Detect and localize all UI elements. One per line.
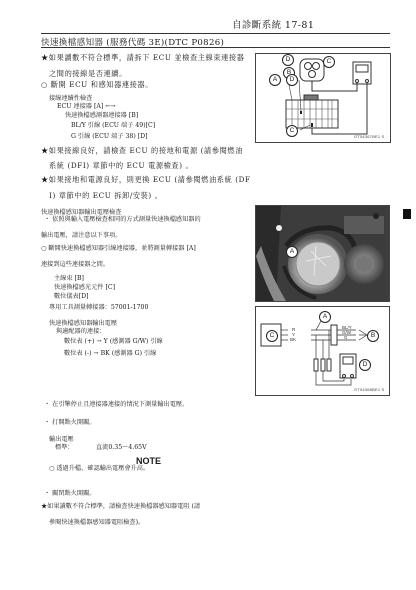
figure-wiring-schematic: R Y BK BL/Y G/W G C A B D GT04368BE1 S	[255, 306, 390, 396]
continuity-line-1: ECU 連接器 [A] ←→	[57, 103, 116, 111]
callout-d-top: D	[282, 54, 294, 66]
bullet-ignition-on: ・ 打開點火開關。	[44, 419, 95, 427]
continuity-line-2: 快速換檔感測器連接器 [B]	[65, 112, 138, 120]
callout-c: C	[266, 330, 278, 342]
connection-negative: 數位表 (-) → BK (感測器 G) 引線	[64, 350, 156, 358]
figure-id: GT04368BE1 S	[354, 387, 384, 392]
callout-a: A	[269, 74, 281, 86]
output-check-bullet-line-1: ・ 依照與輸入電壓檢查相同的方式測量快速換檔感知器的	[44, 216, 201, 224]
spec-label: 標準：	[55, 444, 74, 452]
voltage-heading: 快速換檔感知器輸出電壓	[49, 320, 117, 328]
engine-photo-image	[256, 206, 389, 301]
callout-c-bottom: C	[286, 125, 298, 137]
figure-engine-photo: A	[255, 205, 390, 302]
callout-b: B	[367, 330, 379, 342]
svg-text:BK: BK	[290, 337, 296, 342]
thumb-index-marker	[403, 209, 411, 219]
connection-positive: 數位表 (+) → Y (感測器 G/W) 引線	[64, 338, 163, 346]
callout-d-bottom: D	[286, 74, 298, 86]
callout-c-top: C	[323, 56, 335, 68]
connector-diagram-icon	[256, 54, 390, 142]
item-quick-shift-sensor: 快速換檔感光元件 [C]	[54, 284, 115, 292]
svg-text:G: G	[344, 335, 348, 340]
continuity-heading: 接線連續性檢查	[49, 95, 92, 103]
continuity-line-4: G 引線 (ECU 端子 38) [D]	[71, 133, 147, 141]
special-tool: 專用工具測量轉接器：57001-1700	[49, 304, 148, 312]
spec-heading: 輸出電壓	[49, 436, 74, 444]
step-adapter-line-1: ○ 斷開快速換檔感知器引線連接器，並將測量轉接器 [A]	[41, 245, 196, 253]
paragraph-1-line-2: 之間的接線是否連續。	[49, 69, 127, 78]
paragraph-4-line-1: ★如果讀數不符合標準，請檢查快速換檔器感知器電阻 (請	[41, 503, 200, 511]
output-check-bullet-line-2: 輸出電壓，請注意以下事項。	[41, 232, 121, 240]
section-header: 自診斷系統 17-81	[232, 17, 314, 31]
paragraph-2-line-1: ★如果接線良好，請檢查 ECU 的接地和電源 (請參閱燃油	[41, 146, 243, 155]
continuity-line-3: BL/Y 引線 (ECU 端子 49)[C]	[71, 122, 155, 130]
header-rule	[41, 33, 390, 34]
bullet-ignition-off: ・ 關閉點火開關。	[44, 490, 95, 498]
connection-heading: 與適配器的連接：	[56, 328, 106, 336]
step-disconnect-ecu: ○ 斷開 ECU 和感知器連接器。	[41, 80, 153, 89]
paragraph-4-line-2: 參閱快速換檔器感知器電阻檢查)。	[49, 519, 144, 527]
callout-a: A	[319, 311, 331, 323]
paragraph-2-line-2: 系統 (DFI) 章節中的 ECU 電源檢查) 。	[49, 161, 193, 170]
figure-id: GT04367BE1 S	[354, 134, 384, 139]
figure-connector-continuity: D B C A D C GT04367BE1 S	[255, 53, 391, 143]
item-main-harness: 主線束 [B]	[54, 275, 84, 283]
paragraph-3-line-1: ★如果接地和電源良好，則更換 ECU (請參閱燃油系統 (DF	[41, 175, 251, 184]
step-adapter-line-2: 連接到這些連接器之間。	[41, 261, 109, 269]
callout-d: D	[359, 359, 371, 371]
note-text: ○ 透過升檔，確認輸出電壓會升高。	[49, 465, 149, 473]
spec-value: 直流0.35～4.65V	[96, 444, 147, 452]
title-rule	[41, 47, 390, 48]
paragraph-1-line-1: ★如果讀數不符合標準，請拆下 ECU 並檢查主線束連接器	[41, 53, 245, 62]
bullet-engine-stopped: ・ 在引擎停止且連接器連接的情況下測量輸出電壓。	[44, 401, 188, 409]
item-digital-meter: 數位儀表[D]	[54, 293, 89, 301]
callout-a: A	[286, 246, 298, 258]
paragraph-3-line-2: I) 章節中的 ECU 拆卸/安裝) 。	[49, 191, 163, 200]
